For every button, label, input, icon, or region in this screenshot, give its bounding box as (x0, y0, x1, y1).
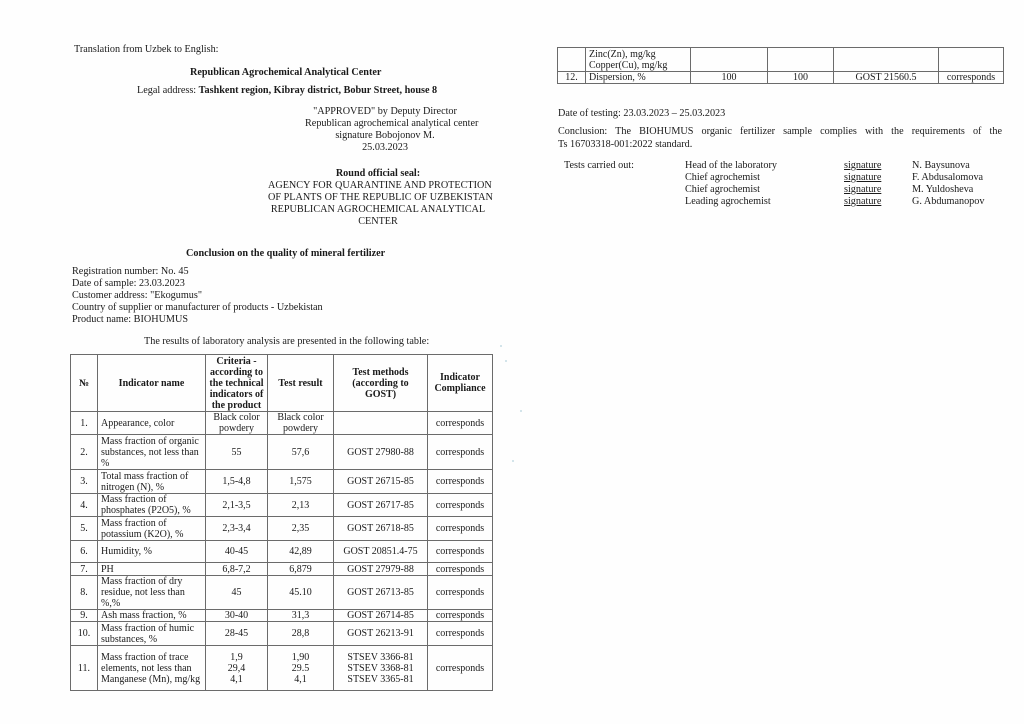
test-result (768, 48, 834, 72)
compliance-status: corresponds (428, 494, 493, 517)
indicator-name: Ash mass fraction, % (98, 610, 206, 622)
criteria-value: 28-45 (206, 622, 268, 646)
criteria-value: 55 (206, 435, 268, 470)
indicator-name: Mass fraction of organic substances, not… (98, 435, 206, 470)
scan-speck (505, 360, 507, 362)
compliance-status: corresponds (939, 72, 1004, 84)
test-result: 6,879 (268, 563, 334, 576)
seal-block: Round official seal: AGENCY FOR QUARANTI… (268, 168, 488, 228)
row-number: 4. (71, 494, 98, 517)
test-result: 45.10 (268, 576, 334, 610)
compliance-status: corresponds (428, 622, 493, 646)
approval-line: "APPROVED" by Deputy Director (305, 106, 465, 118)
table-row: 10.Mass fraction of humic substances, %2… (71, 622, 493, 646)
test-result: 42,89 (268, 541, 334, 563)
seal-line: AGENCY FOR QUARANTINE AND PROTECTION (268, 180, 488, 192)
date-of-testing: Date of testing: 23.03.2023 – 25.03.2023 (558, 108, 725, 120)
test-result: 57,6 (268, 435, 334, 470)
product-name: Product name: BIOHUMUS (72, 314, 323, 326)
criteria-value: 2,1-3,5 (206, 494, 268, 517)
indicator-name: Mass fraction of humic substances, % (98, 622, 206, 646)
compliance-status: corresponds (428, 646, 493, 691)
indicator-name: PH (98, 563, 206, 576)
indicator-name: Dispersion, % (586, 72, 691, 84)
test-method (834, 48, 939, 72)
table-row: 1.Appearance, colorBlack color powderyBl… (71, 412, 493, 435)
compliance-status (939, 48, 1004, 72)
compliance-status: corresponds (428, 412, 493, 435)
signatory-name: M. Yuldosheva (912, 184, 973, 196)
seal-line: OF PLANTS OF THE REPUBLIC OF UZBEKISTAN (268, 192, 488, 204)
compliance-status: corresponds (428, 576, 493, 610)
table-row: 8.Mass fraction of dry residue, not less… (71, 576, 493, 610)
signatory-name: F. Abdusalomova (912, 172, 983, 184)
row-number: 11. (71, 646, 98, 691)
scan-speck (520, 410, 522, 412)
table-row: 7.PH6,8-7,26,879GOST 27979-88corresponds (71, 563, 493, 576)
header-criteria: Criteria - according to the technical in… (206, 355, 268, 412)
test-method: GOST 27979-88 (334, 563, 428, 576)
organization-name: Republican Agrochemical Analytical Cente… (190, 67, 381, 79)
row-number: 5. (71, 517, 98, 541)
header-no: № (71, 355, 98, 412)
scan-speck (500, 345, 502, 347)
indicator-name: Zinc(Zn), mg/kgCopper(Cu), mg/kg (586, 48, 691, 72)
signatory-role: Chief agrochemist (685, 172, 760, 184)
signatory-name: G. Abdumanopov (912, 196, 984, 208)
row-number: 2. (71, 435, 98, 470)
signatory-signature: signature (844, 172, 881, 184)
header-methods: Test methods (according to GOST) (334, 355, 428, 412)
criteria-value: 30-40 (206, 610, 268, 622)
seal-line: CENTER (268, 216, 488, 228)
seal-line: REPUBLICAN AGROCHEMICAL ANALYTICAL (268, 204, 488, 216)
table-intro: The results of laboratory analysis are p… (144, 336, 429, 348)
test-method: GOST 26718-85 (334, 517, 428, 541)
signatory-name: N. Baysunova (912, 160, 970, 172)
criteria-value: 1,929,44,1 (206, 646, 268, 691)
criteria-value: 1,5-4,8 (206, 470, 268, 494)
row-number: 7. (71, 563, 98, 576)
scan-speck (512, 460, 514, 462)
table-row: 4.Mass fraction of phosphates (P2O5), %2… (71, 494, 493, 517)
results-table-continuation: Zinc(Zn), mg/kgCopper(Cu), mg/kg12.Dispe… (557, 47, 1004, 84)
compliance-status: corresponds (428, 470, 493, 494)
test-method: GOST 20851.4-75 (334, 541, 428, 563)
table-header-row: № Indicator name Criteria - according to… (71, 355, 493, 412)
criteria-value: 2,3-3,4 (206, 517, 268, 541)
row-number: 3. (71, 470, 98, 494)
row-number: 10. (71, 622, 98, 646)
signatory-signature: signature (844, 160, 881, 172)
table-row: 11.Mass fraction of trace elements, not … (71, 646, 493, 691)
approval-date: 25.03.2023 (305, 142, 465, 154)
row-number: 6. (71, 541, 98, 563)
sample-details: Registration number: No. 45 Date of samp… (72, 266, 323, 326)
results-table: № Indicator name Criteria - according to… (70, 354, 493, 691)
test-method: GOST 26714-85 (334, 610, 428, 622)
legal-address-value: Tashkent region, Kibray district, Bobur … (199, 85, 437, 96)
test-method: GOST 27980-88 (334, 435, 428, 470)
test-result: 1,9029.54,1 (268, 646, 334, 691)
test-result: 2,13 (268, 494, 334, 517)
indicator-name: Total mass fraction of nitrogen (N), % (98, 470, 206, 494)
table-row: 6.Humidity, %40-4542,89GOST 20851.4-75co… (71, 541, 493, 563)
test-method: GOST 26713-85 (334, 576, 428, 610)
header-result: Test result (268, 355, 334, 412)
indicator-name: Appearance, color (98, 412, 206, 435)
indicator-name: Humidity, % (98, 541, 206, 563)
table-row: 5.Mass fraction of potassium (K2O), %2,3… (71, 517, 493, 541)
compliance-status: corresponds (428, 563, 493, 576)
left-page: Translation from Uzbek to English: Repub… (0, 0, 512, 724)
indicator-name: Mass fraction of potassium (K2O), % (98, 517, 206, 541)
test-method (334, 412, 428, 435)
test-method: GOST 26717-85 (334, 494, 428, 517)
translation-note: Translation from Uzbek to English: (74, 44, 219, 56)
compliance-status: corresponds (428, 435, 493, 470)
criteria-value: 100 (691, 72, 768, 84)
indicator-name: Mass fraction of dry residue, not less t… (98, 576, 206, 610)
legal-address-label: Legal address: (137, 85, 199, 96)
criteria-value: 45 (206, 576, 268, 610)
signatory-signature: signature (844, 196, 881, 208)
test-result: Black color powdery (268, 412, 334, 435)
row-number: 1. (71, 412, 98, 435)
approval-line: Republican agrochemical analytical cente… (305, 118, 465, 130)
indicator-name: Mass fraction of phosphates (P2O5), % (98, 494, 206, 517)
criteria-value (691, 48, 768, 72)
signatory-role: Chief agrochemist (685, 184, 760, 196)
indicator-name: Mass fraction of trace elements, not les… (98, 646, 206, 691)
header-indicator: Indicator name (98, 355, 206, 412)
conclusion-title: Conclusion on the quality of mineral fer… (186, 248, 385, 260)
country-of-supplier: Country of supplier or manufacturer of p… (72, 302, 323, 314)
table-row: Zinc(Zn), mg/kgCopper(Cu), mg/kg (558, 48, 1004, 72)
compliance-status: corresponds (428, 541, 493, 563)
legal-address: Legal address: Tashkent region, Kibray d… (137, 85, 437, 97)
header-compliance: Indicator Compliance (428, 355, 493, 412)
test-method: GOST 26213-91 (334, 622, 428, 646)
test-method: STSEV 3366-81STSEV 3368-81STSEV 3365-81 (334, 646, 428, 691)
conclusion-line: Conclusion: The BIOHUMUS organic fertili… (558, 126, 1002, 138)
test-method: GOST 21560.5 (834, 72, 939, 84)
row-number: 9. (71, 610, 98, 622)
seal-title: Round official seal: (268, 168, 488, 180)
signatory-role: Leading agrochemist (685, 196, 771, 208)
row-number: 12. (558, 72, 586, 84)
table-row: 3.Total mass fraction of nitrogen (N), %… (71, 470, 493, 494)
test-result: 1,575 (268, 470, 334, 494)
approval-signature: signature Bobojonov M. (305, 130, 465, 142)
signatory-signature: signature (844, 184, 881, 196)
table-row: 2.Mass fraction of organic substances, n… (71, 435, 493, 470)
tests-carried-out-label: Tests carried out: (564, 160, 634, 172)
approval-block: "APPROVED" by Deputy Director Republican… (305, 106, 465, 154)
conclusion-line: Ts 16703318-001:2022 standard. (558, 139, 692, 151)
test-method: GOST 26715-85 (334, 470, 428, 494)
table-row: 9.Ash mass fraction, %30-4031,3GOST 2671… (71, 610, 493, 622)
test-result: 28,8 (268, 622, 334, 646)
date-of-sample: Date of sample: 23.03.2023 (72, 278, 323, 290)
criteria-value: 40-45 (206, 541, 268, 563)
compliance-status: corresponds (428, 610, 493, 622)
row-number: 8. (71, 576, 98, 610)
test-result: 31,3 (268, 610, 334, 622)
row-number (558, 48, 586, 72)
table-row: 12.Dispersion, %100100GOST 21560.5corres… (558, 72, 1004, 84)
compliance-status: corresponds (428, 517, 493, 541)
registration-number: Registration number: No. 45 (72, 266, 323, 278)
test-result: 2,35 (268, 517, 334, 541)
criteria-value: Black color powdery (206, 412, 268, 435)
customer-address: Customer address: "Ekogumus" (72, 290, 323, 302)
criteria-value: 6,8-7,2 (206, 563, 268, 576)
test-result: 100 (768, 72, 834, 84)
signatory-role: Head of the laboratory (685, 160, 777, 172)
